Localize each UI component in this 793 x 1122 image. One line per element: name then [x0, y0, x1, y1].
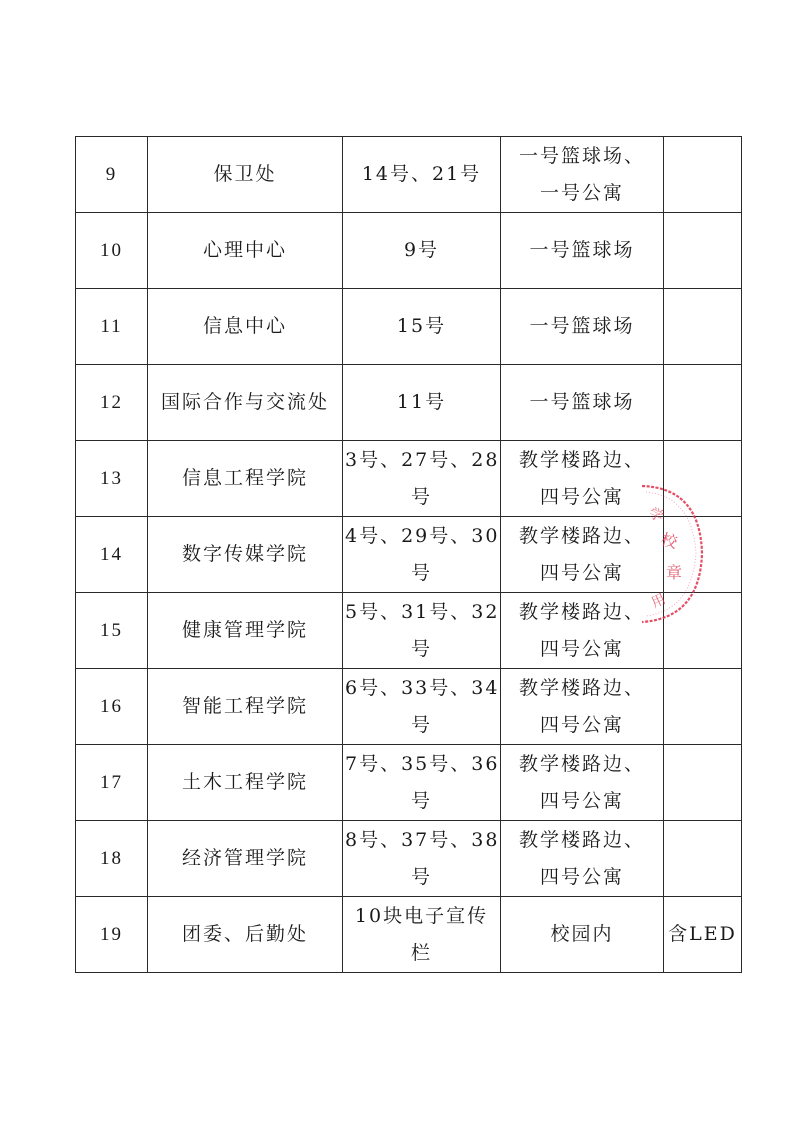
board-location: 教学楼路边、四号公寓	[501, 821, 664, 897]
unit-name: 信息工程学院	[148, 441, 343, 517]
board-line: 号	[345, 479, 498, 516]
row-number: 13	[76, 441, 148, 517]
location-line: 一号公寓	[503, 175, 661, 212]
location-line: 一号篮球场	[503, 308, 661, 345]
board-location: 教学楼路边、四号公寓	[501, 669, 664, 745]
unit-name: 国际合作与交流处	[148, 365, 343, 441]
board-numbers: 6号、33号、34号	[343, 669, 501, 745]
board-location: 一号篮球场、一号公寓	[501, 137, 664, 213]
unit-name: 心理中心	[148, 213, 343, 289]
board-line: 7号、35号、36	[345, 746, 498, 783]
remark	[664, 745, 742, 821]
row-number: 10	[76, 213, 148, 289]
board-numbers: 11号	[343, 365, 501, 441]
row-number: 11	[76, 289, 148, 365]
unit-name: 数字传媒学院	[148, 517, 343, 593]
remark	[664, 137, 742, 213]
board-line: 3号、27号、28	[345, 442, 498, 479]
remark	[664, 365, 742, 441]
row-number: 18	[76, 821, 148, 897]
board-numbers: 9号	[343, 213, 501, 289]
row-number: 16	[76, 669, 148, 745]
unit-name: 健康管理学院	[148, 593, 343, 669]
location-line: 校园内	[503, 916, 661, 953]
board-numbers: 8号、37号、38号	[343, 821, 501, 897]
table-row: 14 数字传媒学院 4号、29号、30号 教学楼路边、四号公寓	[76, 517, 742, 593]
remark	[664, 441, 742, 517]
unit-name: 土木工程学院	[148, 745, 343, 821]
table-row: 10 心理中心 9号 一号篮球场	[76, 213, 742, 289]
board-location: 教学楼路边、四号公寓	[501, 517, 664, 593]
board-location: 教学楼路边、四号公寓	[501, 745, 664, 821]
location-line: 四号公寓	[503, 631, 661, 668]
location-line: 教学楼路边、	[503, 442, 661, 479]
row-number: 19	[76, 897, 148, 973]
location-line: 四号公寓	[503, 859, 661, 896]
row-number: 9	[76, 137, 148, 213]
location-line: 四号公寓	[503, 555, 661, 592]
board-line: 号	[345, 555, 498, 592]
board-location: 教学楼路边、四号公寓	[501, 593, 664, 669]
board-location: 一号篮球场	[501, 289, 664, 365]
board-line: 9号	[345, 232, 498, 269]
table-row: 18 经济管理学院 8号、37号、38号 教学楼路边、四号公寓	[76, 821, 742, 897]
table-row: 17 土木工程学院 7号、35号、36号 教学楼路边、四号公寓	[76, 745, 742, 821]
table-row: 19 团委、后勤处 10块电子宣传栏 校园内 含LED	[76, 897, 742, 973]
location-line: 教学楼路边、	[503, 518, 661, 555]
table-row: 16 智能工程学院 6号、33号、34号 教学楼路边、四号公寓	[76, 669, 742, 745]
table-row: 12 国际合作与交流处 11号 一号篮球场	[76, 365, 742, 441]
board-numbers: 14号、21号	[343, 137, 501, 213]
remark	[664, 669, 742, 745]
remark	[664, 593, 742, 669]
location-line: 一号篮球场	[503, 232, 661, 269]
location-line: 一号篮球场、	[503, 138, 661, 175]
row-number: 17	[76, 745, 148, 821]
location-line: 教学楼路边、	[503, 822, 661, 859]
board-line: 8号、37号、38	[345, 822, 498, 859]
board-numbers: 4号、29号、30号	[343, 517, 501, 593]
remark	[664, 213, 742, 289]
board-location: 一号篮球场	[501, 365, 664, 441]
table-row: 9 保卫处 14号、21号 一号篮球场、一号公寓	[76, 137, 742, 213]
unit-name: 团委、后勤处	[148, 897, 343, 973]
location-line: 一号篮球场	[503, 384, 661, 421]
location-line: 四号公寓	[503, 707, 661, 744]
board-line: 6号、33号、34	[345, 670, 498, 707]
board-numbers: 7号、35号、36号	[343, 745, 501, 821]
board-numbers: 15号	[343, 289, 501, 365]
board-line: 号	[345, 631, 498, 668]
board-numbers: 3号、27号、28号	[343, 441, 501, 517]
remark	[664, 289, 742, 365]
board-line: 号	[345, 707, 498, 744]
table-row: 15 健康管理学院 5号、31号、32号 教学楼路边、四号公寓	[76, 593, 742, 669]
location-line: 教学楼路边、	[503, 746, 661, 783]
table-row: 11 信息中心 15号 一号篮球场	[76, 289, 742, 365]
board-location: 教学楼路边、四号公寓	[501, 441, 664, 517]
row-number: 14	[76, 517, 148, 593]
board-numbers: 5号、31号、32号	[343, 593, 501, 669]
board-location: 校园内	[501, 897, 664, 973]
unit-name: 保卫处	[148, 137, 343, 213]
unit-name: 经济管理学院	[148, 821, 343, 897]
remark	[664, 821, 742, 897]
board-line: 号	[345, 859, 498, 896]
table-row: 13 信息工程学院 3号、27号、28号 教学楼路边、四号公寓	[76, 441, 742, 517]
location-line: 教学楼路边、	[503, 670, 661, 707]
board-line: 5号、31号、32	[345, 594, 498, 631]
board-line: 10块电子宣传	[345, 898, 498, 935]
board-line: 4号、29号、30	[345, 518, 498, 555]
document-page: 9 保卫处 14号、21号 一号篮球场、一号公寓 10 心理中心 9号 一号篮球…	[0, 0, 793, 1122]
allocation-table: 9 保卫处 14号、21号 一号篮球场、一号公寓 10 心理中心 9号 一号篮球…	[75, 136, 742, 973]
location-line: 教学楼路边、	[503, 594, 661, 631]
board-line: 15号	[345, 308, 498, 345]
unit-name: 智能工程学院	[148, 669, 343, 745]
row-number: 15	[76, 593, 148, 669]
location-line: 四号公寓	[503, 479, 661, 516]
remark: 含LED	[664, 897, 742, 973]
row-number: 12	[76, 365, 148, 441]
board-line: 11号	[345, 384, 498, 421]
unit-name: 信息中心	[148, 289, 343, 365]
board-numbers: 10块电子宣传栏	[343, 897, 501, 973]
board-line: 14号、21号	[345, 156, 498, 193]
board-line: 号	[345, 783, 498, 820]
remark	[664, 517, 742, 593]
board-line: 栏	[345, 935, 498, 972]
board-location: 一号篮球场	[501, 213, 664, 289]
location-line: 四号公寓	[503, 783, 661, 820]
